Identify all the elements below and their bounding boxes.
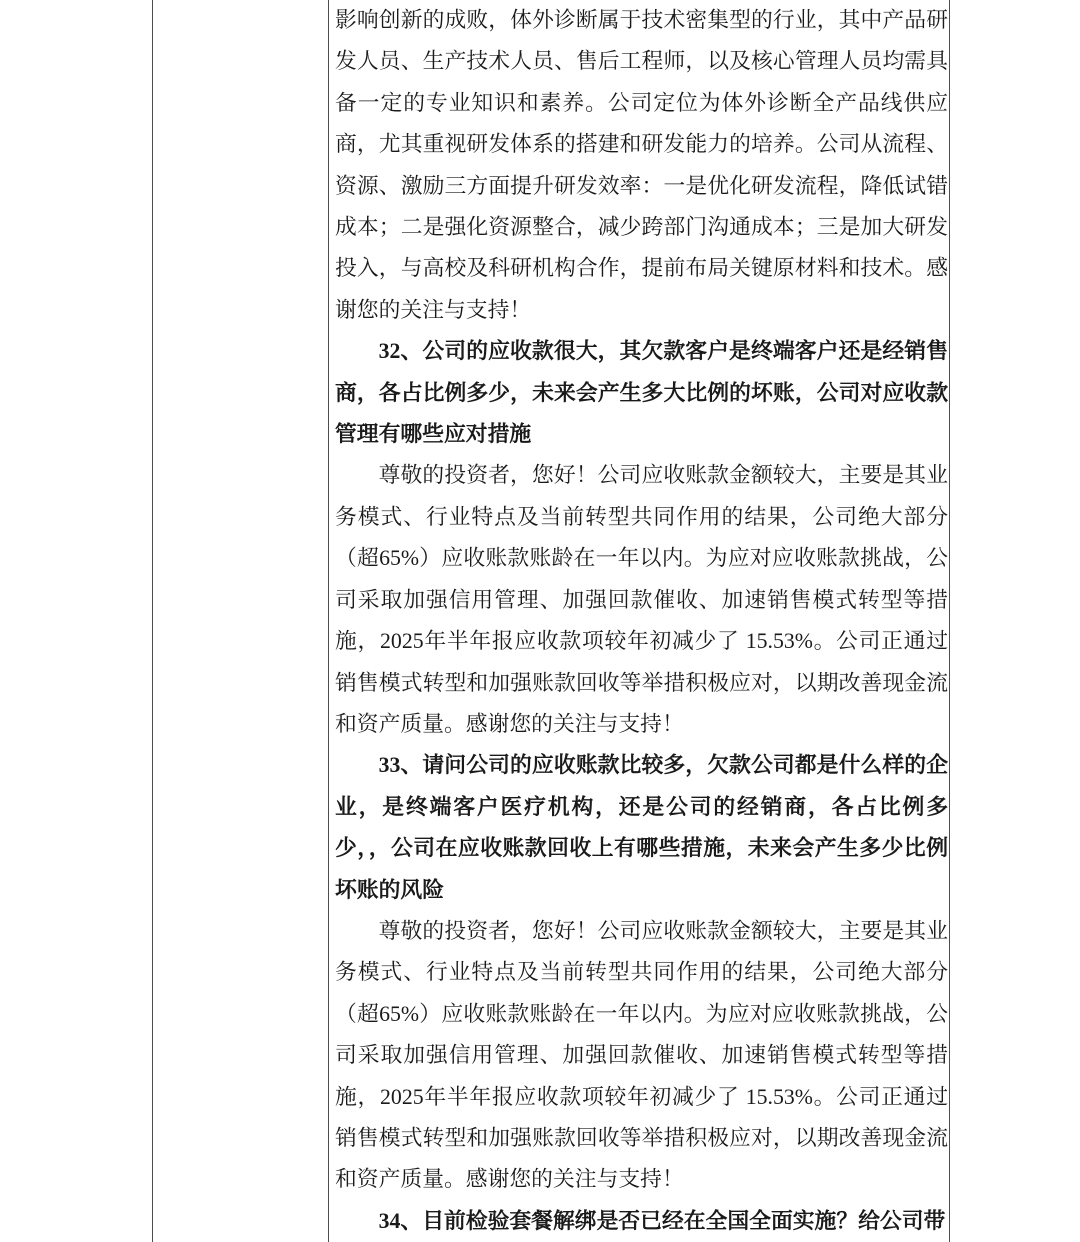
question-33-paragraph: 33、请问公司的应收账款比较多，欠款公司都是什么样的企业，是终端客户医疗机构，还… [335,745,948,911]
answer-32-paragraph: 尊敬的投资者，您好！公司应收账款金额较大，主要是其业务模式、行业特点及当前转型共… [335,455,948,745]
answer-33-paragraph: 尊敬的投资者，您好！公司应收账款金额较大，主要是其业务模式、行业特点及当前转型共… [335,911,948,1201]
question-34-paragraph: 34、目前检验套餐解绑是否已经在全国全面实施？给公司带 [335,1201,948,1242]
table-column-border-right [949,0,950,1242]
table-column-border-middle [328,0,329,1242]
qa-text-cell: 影响创新的成败，体外诊断属于技术密集型的行业，其中产品研发人员、生产技术人员、售… [335,0,948,1242]
answer-paragraph-continuation: 影响创新的成败，体外诊断属于技术密集型的行业，其中产品研发人员、生产技术人员、售… [335,0,948,331]
question-32-paragraph: 32、公司的应收款很大，其欠款客户是终端客户还是经销售商，各占比例多少，未来会产… [335,331,948,455]
table-column-border-left [152,0,153,1242]
document-page: 影响创新的成败，体外诊断属于技术密集型的行业，其中产品研发人员、生产技术人员、售… [0,0,1080,1242]
